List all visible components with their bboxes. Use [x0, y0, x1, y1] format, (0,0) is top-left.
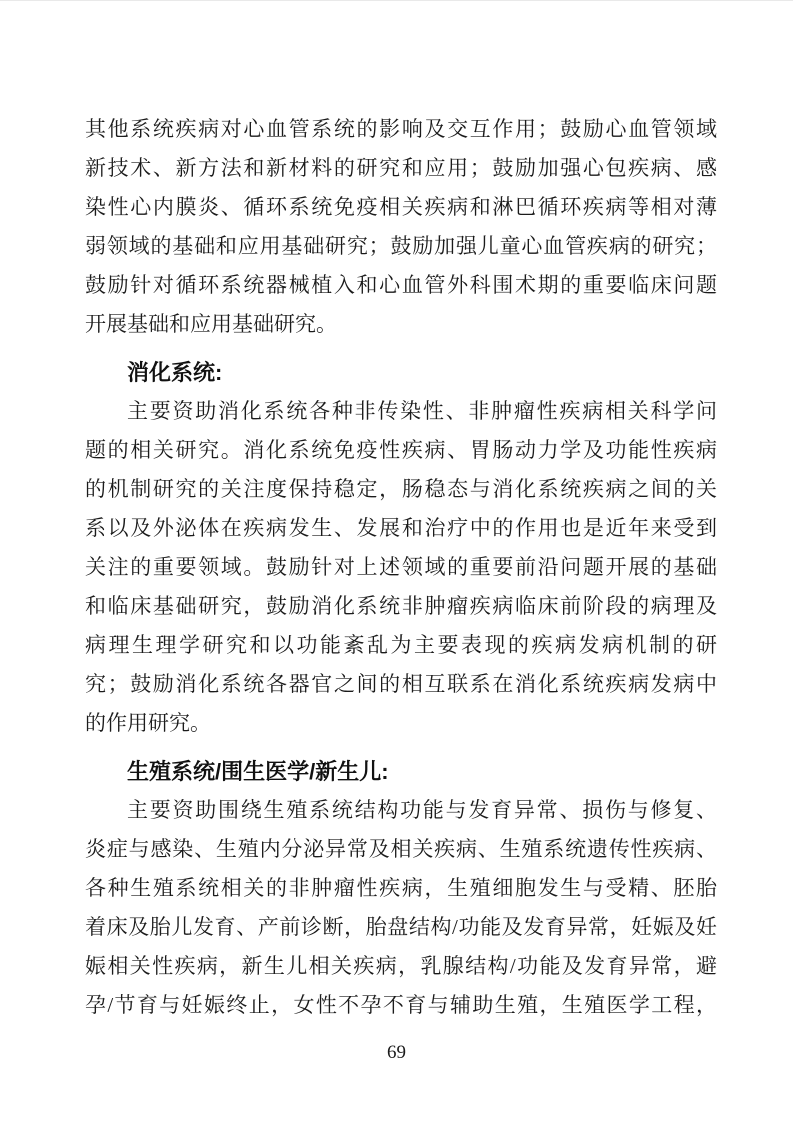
text-line: 的作用研究。 — [85, 704, 717, 743]
text-line: 主要资助消化系统各种非传染性、非肿瘤性疾病相关科学问 — [85, 392, 717, 431]
paragraph-digestive-system: 主要资助消化系统各种非传染性、非肿瘤性疾病相关科学问 题的相关研究。消化系统免疫… — [85, 392, 717, 743]
text-line: 其他系统疾病对心血管系统的影响及交互作用；鼓励心血管领域 — [85, 110, 717, 149]
paragraph-reproductive-perinatal-neonatal: 主要资助围绕生殖系统结构功能与发育异常、损伤与修复、 炎症与感染、生殖内分泌异常… — [85, 791, 717, 1025]
text-line: 究；鼓励消化系统各器官之间的相互联系在消化系统疾病发病中 — [85, 665, 717, 704]
text-line: 娠相关性疾病，新生儿相关疾病，乳腺结构/功能及发育异常，避 — [85, 947, 717, 986]
page-number: 69 — [0, 1033, 793, 1072]
text-line: 和临床基础研究，鼓励消化系统非肿瘤疾病临床前阶段的病理及 — [85, 587, 717, 626]
text-line: 弱领域的基础和应用基础研究；鼓励加强儿童心血管疾病的研究； — [85, 227, 717, 266]
text-line: 鼓励针对循环系统器械植入和心血管外科围术期的重要临床问题 — [85, 266, 717, 305]
text-line: 染性心内膜炎、循环系统免疫相关疾病和淋巴循环疾病等相对薄 — [85, 188, 717, 227]
heading-digestive-system: 消化系统: — [85, 353, 717, 392]
text-line: 炎症与感染、生殖内分泌异常及相关疾病、生殖系统遗传性疾病、 — [85, 830, 717, 869]
text-line: 题的相关研究。消化系统免疫性疾病、胃肠动力学及功能性疾病 — [85, 431, 717, 470]
paragraph-circulatory-continuation: 其他系统疾病对心血管系统的影响及交互作用；鼓励心血管领域 新技术、新方法和新材料… — [85, 110, 717, 344]
text-line: 病理生理学研究和以功能紊乱为主要表现的疾病发病机制的研 — [85, 626, 717, 665]
text-line: 各种生殖系统相关的非肿瘤性疾病，生殖细胞发生与受精、胚胎 — [85, 869, 717, 908]
text-line: 主要资助围绕生殖系统结构功能与发育异常、损伤与修复、 — [85, 791, 717, 830]
document-page: 其他系统疾病对心血管系统的影响及交互作用；鼓励心血管领域 新技术、新方法和新材料… — [0, 0, 793, 1122]
text-line: 孕/节育与妊娠终止，女性不孕不育与辅助生殖，生殖医学工程， — [85, 986, 717, 1025]
text-line: 系以及外泌体在疾病发生、发展和治疗中的作用也是近年来受到 — [85, 509, 717, 548]
text-line: 着床及胎儿发育、产前诊断，胎盘结构/功能及发育异常，妊娠及妊 — [85, 908, 717, 947]
page-text-block: 其他系统疾病对心血管系统的影响及交互作用；鼓励心血管领域 新技术、新方法和新材料… — [85, 110, 717, 1025]
text-line: 关注的重要领域。鼓励针对上述领域的重要前沿问题开展的基础 — [85, 548, 717, 587]
text-line: 开展基础和应用基础研究。 — [85, 305, 717, 344]
text-line: 的机制研究的关注度保持稳定，肠稳态与消化系统疾病之间的关 — [85, 470, 717, 509]
heading-reproductive-perinatal-neonatal: 生殖系统/围生医学/新生儿: — [85, 752, 717, 791]
text-line: 新技术、新方法和新材料的研究和应用；鼓励加强心包疾病、感 — [85, 149, 717, 188]
